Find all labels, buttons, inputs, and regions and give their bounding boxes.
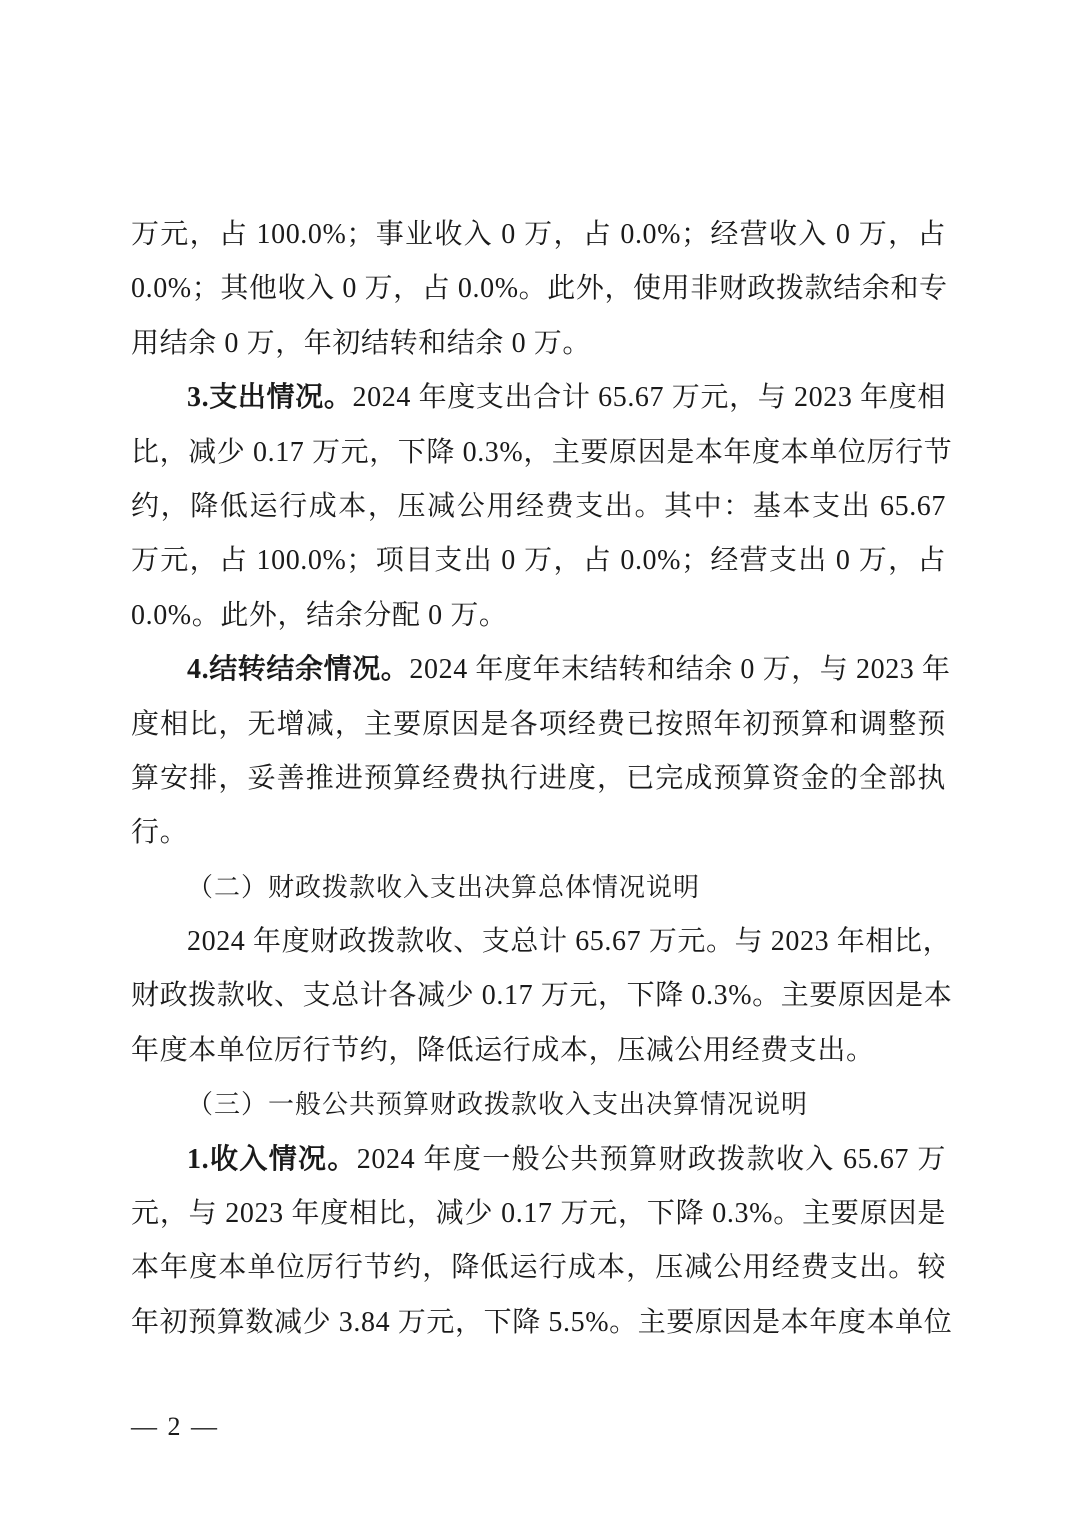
text-line: 算安排，妥善推进预算经费执行进度，已完成预算资金的全部执 (131, 752, 946, 806)
section-lead-income: 1.收入情况。 (187, 1144, 357, 1175)
section-income-line: 1.收入情况。2024 年度一般公共预算财政拨款收入 65.67 万 (131, 1133, 946, 1187)
text-line: 年度本单位厉行节约，降低运行成本，压减公用经费支出。 (131, 1024, 946, 1078)
text-run: 2024 年度支出合计 65.67 万元，与 2023 年度相 (353, 382, 946, 413)
subheading-fiscal-overview: （二）财政拨款收入支出决算总体情况说明 (131, 861, 946, 915)
text-line: 行。 (131, 806, 946, 860)
text-run: 2024 年度一般公共预算财政拨款收入 65.67 万 (357, 1144, 946, 1175)
document-body: 万元，占 100.0%；事业收入 0 万，占 0.0%；经营收入 0 万，占 0… (131, 208, 946, 1350)
text-line: 0.0%；其他收入 0 万，占 0.0%。此外，使用非财政拨款结余和专 (131, 262, 946, 316)
section-carryover-line: 4.结转结余情况。2024 年度年末结转和结余 0 万，与 2023 年 (131, 643, 946, 697)
text-line: 度相比，无增减，主要原因是各项经费已按照年初预算和调整预 (131, 698, 946, 752)
subheading-general-budget: （三）一般公共预算财政拨款收入支出决算情况说明 (131, 1078, 946, 1132)
text-line: 约，降低运行成本，压减公用经费支出。其中：基本支出 65.67 (131, 480, 946, 534)
text-line: 年初预算数减少 3.84 万元，下降 5.5%。主要原因是本年度本单位 (131, 1296, 946, 1350)
text-line: 0.0%。此外，结余分配 0 万。 (131, 589, 946, 643)
text-line: 用结余 0 万，年初结转和结余 0 万。 (131, 317, 946, 371)
text-line: 比，减少 0.17 万元，下降 0.3%，主要原因是本年度本单位厉行节 (131, 426, 946, 480)
text-line: 元，与 2023 年度相比，减少 0.17 万元，下降 0.3%。主要原因是 (131, 1187, 946, 1241)
text-run: 2024 年度年末结转和结余 0 万，与 2023 年 (409, 654, 950, 685)
section-lead-expenditure: 3.支出情况。 (187, 382, 353, 413)
section-expenditure-line: 3.支出情况。2024 年度支出合计 65.67 万元，与 2023 年度相 (131, 371, 946, 425)
text-line: 万元，占 100.0%；项目支出 0 万，占 0.0%；经营支出 0 万，占 (131, 534, 946, 588)
text-line: 2024 年度财政拨款收、支总计 65.67 万元。与 2023 年相比， (131, 915, 946, 969)
text-line: 财政拨款收、支总计各减少 0.17 万元，下降 0.3%。主要原因是本 (131, 969, 946, 1023)
page-number: — 2 — (131, 1412, 219, 1442)
document-page: 万元，占 100.0%；事业收入 0 万，占 0.0%；经营收入 0 万，占 0… (0, 0, 1075, 1520)
section-lead-carryover: 4.结转结余情况。 (187, 654, 409, 685)
text-line: 本年度本单位厉行节约，降低运行成本，压减公用经费支出。较 (131, 1241, 946, 1295)
text-line: 万元，占 100.0%；事业收入 0 万，占 0.0%；经营收入 0 万，占 (131, 208, 946, 262)
